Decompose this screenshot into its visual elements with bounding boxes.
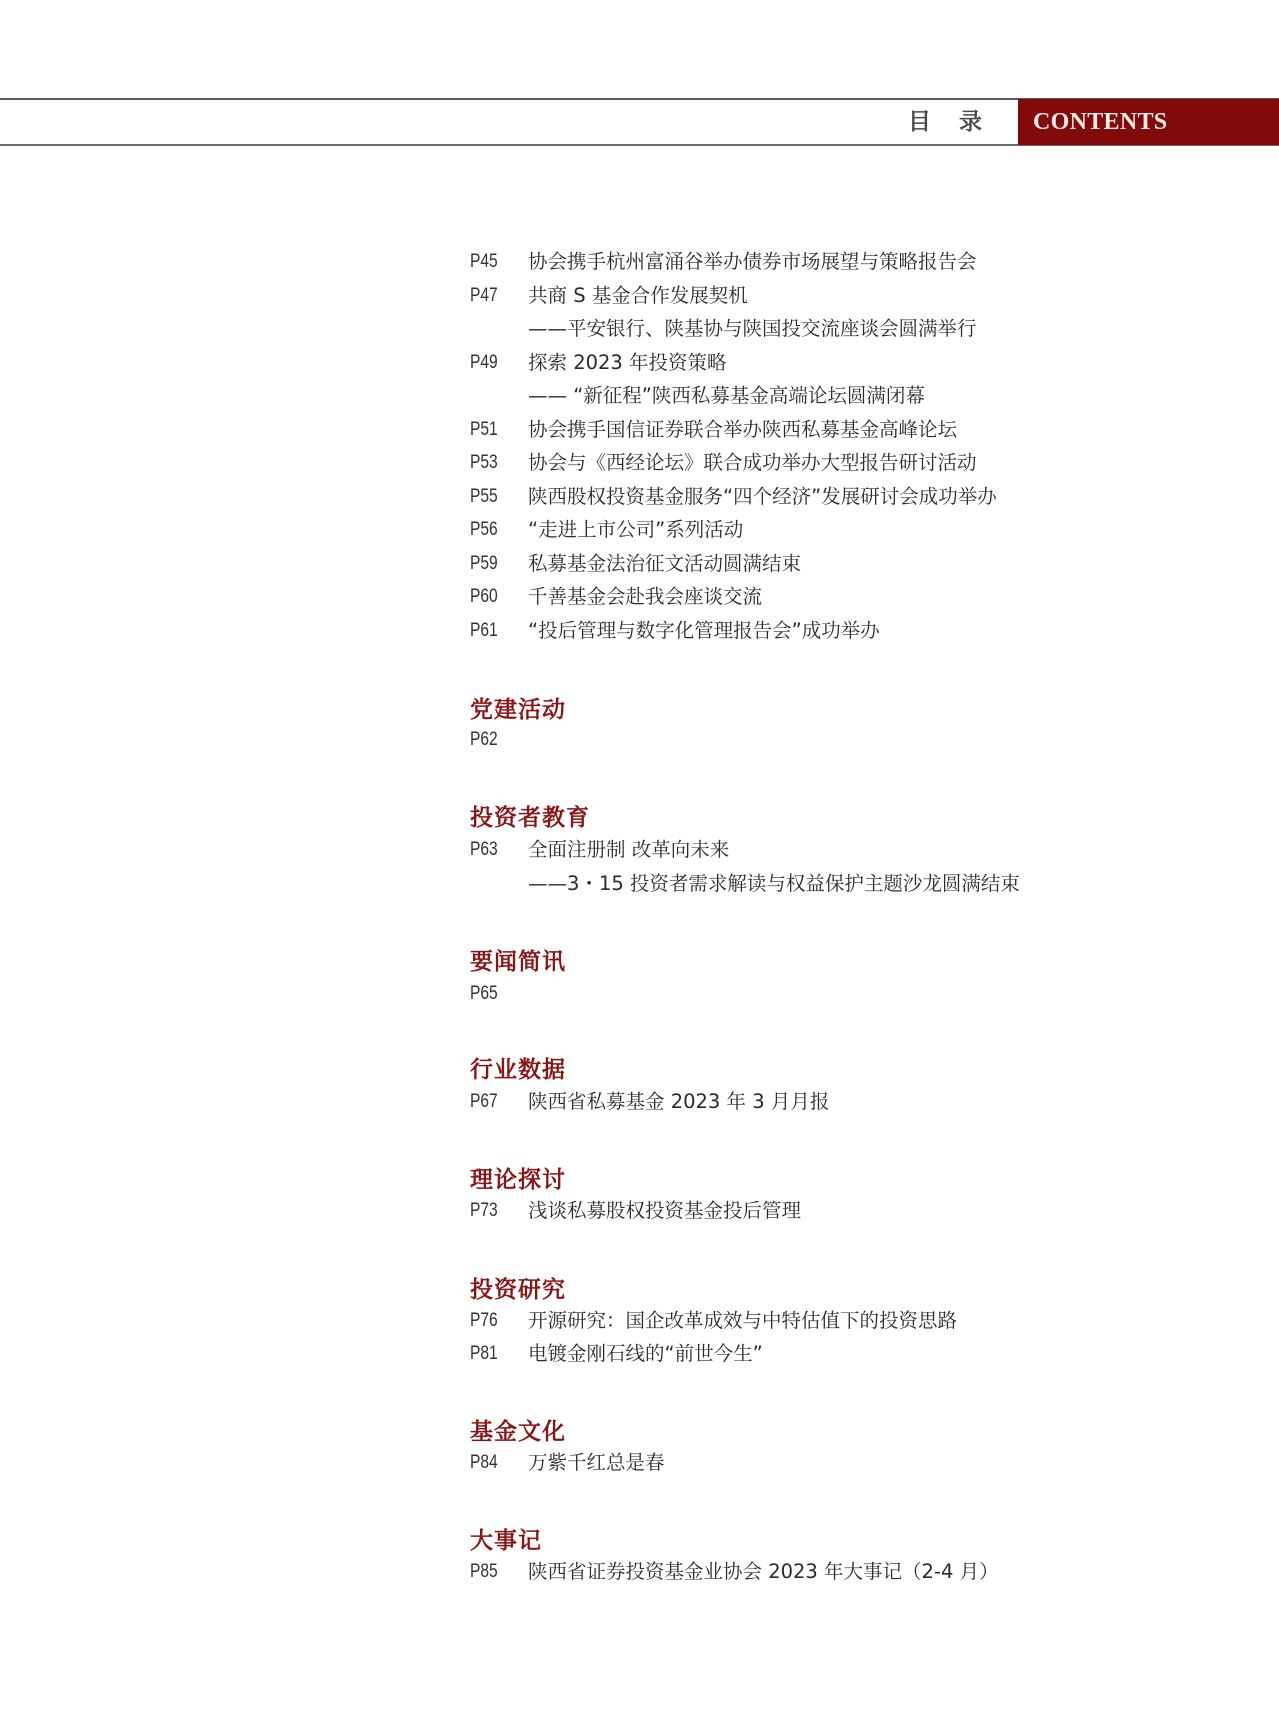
- entry-title: “走进上市公司”系列活动: [528, 518, 743, 542]
- entry-title: 开源研究：国企改革成效与中特估值下的投资思路: [528, 1309, 957, 1333]
- page-number: P60: [470, 585, 498, 609]
- entry-title: 陕西股权投资基金服务“四个经济”发展研讨会成功举办: [528, 485, 997, 509]
- section-heading-industry-data: 行业数据: [470, 1056, 566, 1084]
- page-number: P49: [470, 351, 498, 375]
- page-number: P84: [470, 1451, 498, 1475]
- page-number: P47: [470, 284, 498, 308]
- entry-title: 电镀金刚石线的“前世今生”: [528, 1342, 763, 1366]
- entry-subtitle: ——3・15 投资者需求解读与权益保护主题沙龙圆满结束: [528, 872, 1020, 896]
- section-heading-theory-discussion: 理论探讨: [470, 1166, 566, 1194]
- section-heading-chronicle: 大事记: [470, 1527, 542, 1555]
- entry-subtitle: —— “新征程”陕西私募基金高端论坛圆满闭幕: [528, 384, 925, 408]
- entry-title: 陕西省证券投资基金业协会 2023 年大事记（2-4 月）: [528, 1560, 999, 1584]
- toc-title-en: CONTENTS: [1033, 109, 1167, 135]
- entry-title: 协会携手国信证券联合举办陕西私募基金高峰论坛: [528, 418, 957, 442]
- entry-subtitle: ——平安银行、陕基协与陕国投交流座谈会圆满举行: [528, 317, 977, 341]
- page-number: P67: [470, 1090, 498, 1114]
- page-number: P85: [470, 1560, 498, 1584]
- page-number: P53: [470, 451, 498, 475]
- entry-title: 万紫千红总是春: [528, 1451, 665, 1475]
- page-number: P65: [470, 982, 498, 1006]
- page-number: P55: [470, 485, 498, 509]
- page-number: P73: [470, 1199, 498, 1223]
- page-number: P81: [470, 1342, 498, 1366]
- entry-title: 千善基金会赴我会座谈交流: [528, 585, 762, 609]
- section-heading-investment-research: 投资研究: [470, 1276, 566, 1304]
- page-number: P62: [470, 728, 498, 752]
- section-heading-news-briefs: 要闻简讯: [470, 948, 566, 976]
- entry-title: “投后管理与数字化管理报告会”成功举办: [528, 619, 880, 643]
- entry-title: 共商 S 基金合作发展契机: [528, 284, 748, 308]
- page-number: P56: [470, 518, 498, 542]
- page-number: P51: [470, 418, 498, 442]
- entry-title: 私募基金法治征文活动圆满结束: [528, 552, 801, 576]
- page-number: P59: [470, 552, 498, 576]
- entry-title: 浅谈私募股权投资基金投后管理: [528, 1199, 801, 1223]
- page-number: P76: [470, 1309, 498, 1333]
- section-heading-fund-culture: 基金文化: [470, 1418, 566, 1446]
- entry-title: 陕西省私募基金 2023 年 3 月月报: [528, 1090, 829, 1114]
- page-number: P61: [470, 619, 498, 643]
- toc-title-cn: 目录: [908, 108, 1010, 136]
- contents-banner: CONTENTS: [1018, 99, 1279, 145]
- section-heading-investor-education: 投资者教育: [470, 804, 590, 832]
- page-number: P63: [470, 838, 498, 862]
- entry-title: 协会携手杭州富涌谷举办债券市场展望与策略报告会: [528, 250, 977, 274]
- entry-title: 全面注册制 改革向未来: [528, 838, 729, 862]
- page-number: P45: [470, 250, 498, 274]
- section-heading-party-building: 党建活动: [470, 696, 566, 724]
- entry-title: 探索 2023 年投资策略: [528, 351, 727, 375]
- entry-title: 协会与《西经论坛》联合成功举办大型报告研讨活动: [528, 451, 977, 475]
